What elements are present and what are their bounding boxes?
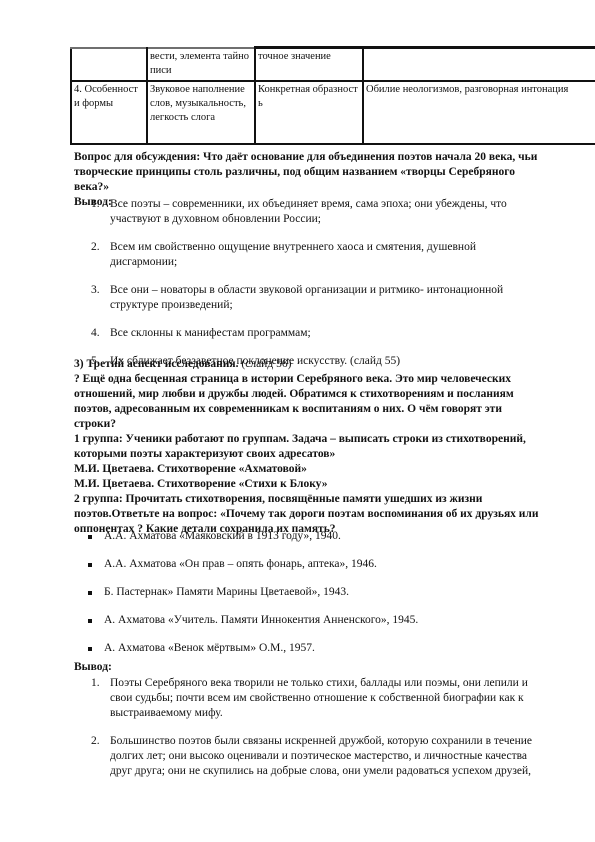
document-page: вести, элемента тайнописи точное значени… <box>0 0 595 842</box>
table-cell: вести, элемента тайнописи <box>147 48 255 82</box>
table-cell: Звуковое наполнение слов, музыкальность,… <box>147 81 255 144</box>
table-cell: Конкретная образность <box>255 81 363 144</box>
table-cell <box>363 48 595 82</box>
list-item: 1.Поэты Серебряного века творили не толь… <box>74 676 544 721</box>
table-cell: Обилие неологизмов, разговорная интонаци… <box>363 81 595 144</box>
poems-list: А.А. Ахматова «Маяковский в 1913 году», … <box>74 529 544 656</box>
table-row: 4. Особенности формы Звуковое наполнение… <box>71 81 595 144</box>
table-cell <box>71 48 147 82</box>
aspect3-intro: ? Ещё одна бесценная страница в истории … <box>74 372 544 432</box>
group1-task: 1 группа: Ученики работают по группам. З… <box>74 432 544 462</box>
list-item: А.А. Ахматова «Он прав – опять фонарь, а… <box>74 557 544 572</box>
aspect3-section: 3) Третий аспект исследования. (слайд 56… <box>74 357 544 537</box>
bullet-icon <box>88 619 92 623</box>
table-cell: точное значение <box>255 48 363 82</box>
final-conclusion-label: Вывод: <box>74 660 544 675</box>
list-item: 2.Большинство поэтов были связаны искрен… <box>74 734 544 779</box>
poem-line: М.И. Цветаева. Стихотворение «Ахматовой» <box>74 462 544 477</box>
list-item: Б. Пастернак» Памяти Марины Цветаевой», … <box>74 585 544 600</box>
table-row: вести, элемента тайнописи точное значени… <box>71 48 595 82</box>
list-item: А. Ахматова «Венок мёртвым» О.М., 1957. <box>74 641 544 656</box>
list-item: 1.Все поэты – современники, их объединяе… <box>74 197 544 227</box>
bullet-icon <box>88 591 92 595</box>
bullet-icon <box>88 563 92 567</box>
list-item: 3.Все они – новаторы в области звуковой … <box>74 283 544 313</box>
bullet-icon <box>88 535 92 539</box>
final-conclusions-list: 1.Поэты Серебряного века творили не толь… <box>74 676 544 779</box>
conclusions-list: 1.Все поэты – современники, их объединяе… <box>74 197 544 369</box>
list-item: А.А. Ахматова «Маяковский в 1913 году», … <box>74 529 544 544</box>
table-cell: 4. Особенности формы <box>71 81 147 144</box>
discussion-question: Вопрос для обсуждения: Что даёт основани… <box>74 150 544 195</box>
list-item: 4.Все склонны к манифестам программам; <box>74 326 544 341</box>
list-item: А. Ахматова «Учитель. Памяти Иннокентия … <box>74 613 544 628</box>
poem-line: М.И. Цветаева. Стихотворение «Стихи к Бл… <box>74 477 544 492</box>
aspect3-heading: 3) Третий аспект исследования. (слайд 56… <box>74 357 544 372</box>
bullet-icon <box>88 647 92 651</box>
comparison-table: вести, элемента тайнописи точное значени… <box>70 46 595 145</box>
list-item: 2.Всем им свойственно ощущение внутренне… <box>74 240 544 270</box>
